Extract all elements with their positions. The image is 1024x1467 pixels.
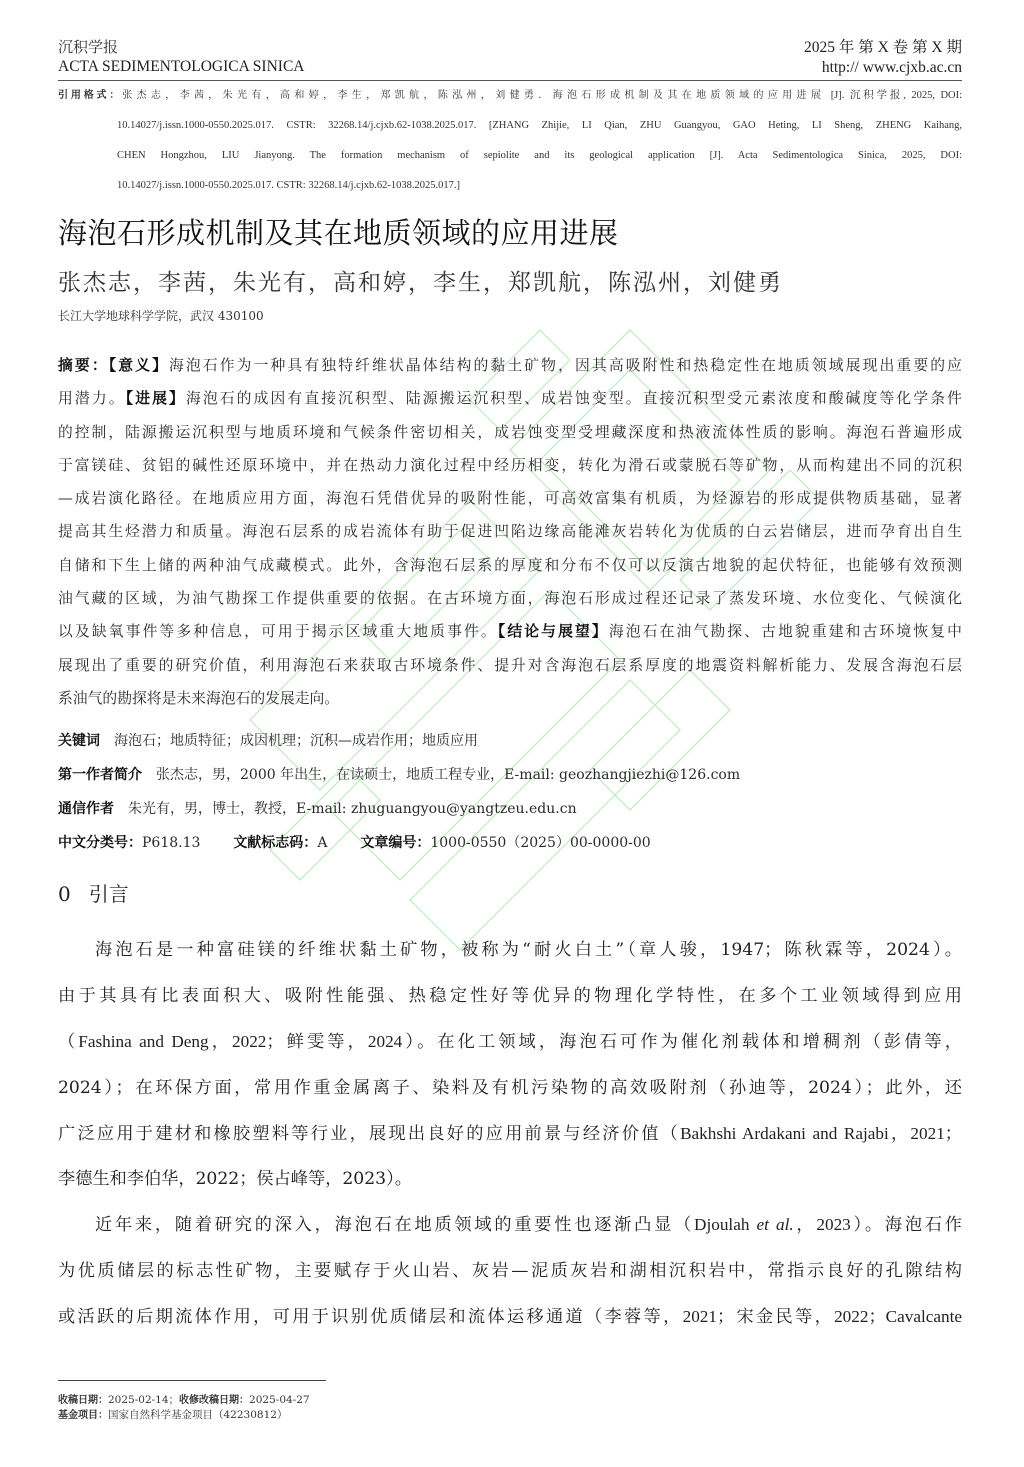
body-line: 由于其具有比表面积大、吸附性能强、热稳定性好等优异的物理化学特性，在多个工业领域… xyxy=(58,983,962,1029)
doc-code-value: A xyxy=(317,835,327,851)
abstract-tag-conclusion: 【结论与展望】 xyxy=(498,623,609,640)
citation-line-4: 10.14027/j.issn.1000-0550.2025.017. CSTR… xyxy=(58,176,962,206)
received-value: 2025-02-14； xyxy=(108,1394,179,1406)
article-no-label: 文章编号： xyxy=(360,835,430,851)
journal-name-cn: 沉积学报 xyxy=(58,38,304,57)
abstract-tag-progress: 【进展】 xyxy=(126,390,186,407)
body-line: 广泛应用于建材和橡胶塑料等行业，展现出良好的应用前景与经济价值（Bakhshi … xyxy=(58,1121,962,1167)
clc-label: 中文分类号： xyxy=(58,835,142,851)
fund-label: 基金项目： xyxy=(58,1410,108,1421)
citation-block: 引用格式：张杰志，李茜，朱光有，高和婷，李生，郑凯航，陈泓州，刘健勇．海泡石形成… xyxy=(58,86,962,206)
author-list: 张杰志，李茜，朱光有，高和婷，李生，郑凯航，陈泓州，刘健勇 xyxy=(58,264,783,297)
article-no-value: 1000-0550（2025）00-0000-00 xyxy=(430,835,650,851)
et-al: et al. xyxy=(757,1215,794,1234)
journal-header-right: 2025 年 第 X 卷 第 X 期 http:// www.cjxb.ac.c… xyxy=(804,38,962,78)
issue-info: 2025 年 第 X 卷 第 X 期 xyxy=(804,38,962,58)
citation-cn: 张杰志，李茜，朱光有，高和婷，李生，郑凯航，陈泓州，刘健勇．海泡石形成机制及其在… xyxy=(122,90,825,101)
abstract: 摘要：【意义】海泡石作为一种具有独特纤维状晶体结构的黏土矿物，因其高吸附性和热稳… xyxy=(58,353,962,719)
first-author-label: 第一作者简介 xyxy=(58,767,142,783)
abstract-line: 以及缺氧事件等多种信息，可用于揭示区域重大地质事件。【结论与展望】海泡石在油气勘… xyxy=(58,619,962,652)
body-line: 近年来，随着研究的深入，海泡石在地质领域的重要性也逐渐凸显（Djoulah et… xyxy=(58,1212,962,1258)
abstract-line: 用潜力。【进展】海泡石的成因有直接沉积型、陆源搬运沉积型、成岩蚀变型。直接沉积型… xyxy=(58,386,962,419)
journal-url[interactable]: http:// www.cjxb.ac.cn xyxy=(804,58,962,78)
journal-name-en: ACTA SEDIMENTOLOGICA SINICA xyxy=(58,57,304,77)
body-line: 海泡石是一种富硅镁的纤维状黏土矿物，被称为“耐火白土”（章人骏，1947；陈秋霖… xyxy=(58,937,962,983)
corresponding-author-label: 通信作者 xyxy=(58,801,114,817)
abstract-label: 摘要： xyxy=(58,357,109,374)
body-line: 李德生和李伯华，2022；侯占峰等，2023）。 xyxy=(58,1166,962,1212)
body-line: 为优质储层的标志性矿物，主要赋存于火山岩、灰岩—泥质灰岩和湖相沉积岩中，常指示良… xyxy=(58,1258,962,1304)
footnote-divider xyxy=(58,1380,326,1381)
revised-label: 收修改稿日期： xyxy=(179,1395,249,1406)
first-author-value: 张杰志，男，2000 年出生，在读硕士，地质工程专业，E-mail: geozh… xyxy=(156,767,740,783)
abstract-line: 提高其生烃潜力和质量。海泡石层系的成岩流体有助于促进凹陷边缘高能滩灰岩转化为优质… xyxy=(58,519,962,552)
clc-value: P618.13 xyxy=(142,835,200,851)
header-divider xyxy=(58,80,962,81)
abstract-line: 系油气的勘探将是未来海泡石的发展走向。 xyxy=(58,686,962,719)
affiliation: 长江大学地球科学学院，武汉 430100 xyxy=(58,307,264,324)
corresponding-author-value: 朱光有，男，博士，教授，E-mail: zhuguangyou@yangtzeu… xyxy=(128,801,577,817)
abstract-line: 自储和下生上储的两种油气成藏模式。此外，含海泡石层系的厚度和分布不仅可以反演古地… xyxy=(58,553,962,586)
introduction-body: 海泡石是一种富硅镁的纤维状黏土矿物，被称为“耐火白土”（章人骏，1947；陈秋霖… xyxy=(58,937,962,1350)
received-label: 收稿日期： xyxy=(58,1395,108,1406)
body-line: 2024）；在环保方面，常用作重金属离子、染料及有机污染物的高效吸附剂（孙迪等，… xyxy=(58,1075,962,1121)
citation-line-2: 10.14027/j.issn.1000-0550.2025.017. CSTR… xyxy=(58,116,962,146)
abstract-tag-significance: 【意义】 xyxy=(109,357,169,374)
classification-info: 中文分类号：P618.13 文献标志码：A 文章编号：1000-0550（202… xyxy=(58,832,651,852)
abstract-line: 的控制，陆源搬运沉积型与地质环境和气候条件密切相关，成岩蚀变型受埋藏深度和热液流… xyxy=(58,420,962,453)
abstract-line: 摘要：【意义】海泡石作为一种具有独特纤维状晶体结构的黏土矿物，因其高吸附性和热稳… xyxy=(58,353,962,386)
keywords: 关键词海泡石；地质特征；成因机理；沉积—成岩作用；地质应用 xyxy=(58,730,478,750)
body-line: （Fashina and Deng，2022；鲜雯等，2024）。在化工领域，海… xyxy=(58,1029,962,1075)
citation-line-1: 引用格式：张杰志，李茜，朱光有，高和婷，李生，郑凯航，陈泓州，刘健勇．海泡石形成… xyxy=(58,86,962,116)
received-dates: 收稿日期：2025-02-14；收修改稿日期：2025-04-27 xyxy=(58,1393,310,1408)
fund-value: 国家自然科学基金项目（42230812） xyxy=(108,1409,287,1421)
footnote: 收稿日期：2025-02-14；收修改稿日期：2025-04-27 基金项目：国… xyxy=(58,1393,310,1423)
section-heading: 0引言 xyxy=(58,878,129,907)
corresponding-author: 通信作者朱光有，男，博士，教授，E-mail: zhuguangyou@yang… xyxy=(58,798,577,818)
abstract-line: —成岩演化路径。在地质应用方面，海泡石凭借优异的吸附性能，可高效富集有机质，为烃… xyxy=(58,486,962,519)
journal-header-left: 沉积学报 ACTA SEDIMENTOLOGICA SINICA xyxy=(58,38,304,77)
article-title: 海泡石形成机制及其在地质领域的应用进展 xyxy=(58,211,619,252)
citation-cn-tail: [J]. 沉积学报, 2025, DOI: xyxy=(831,90,962,101)
keywords-label: 关键词 xyxy=(58,733,100,749)
body-line: 或活跃的后期流体作用，可用于识别优质储层和流体运移通道（李蓉等，2021；宋金民… xyxy=(58,1304,962,1350)
citation-label: 引用格式： xyxy=(58,90,122,101)
section-number: 0 xyxy=(58,882,71,906)
abstract-line: 展现出了重要的研究价值，利用海泡石来获取古环境条件、提升对含海泡石层系厚度的地震… xyxy=(58,653,962,686)
citation-line-3: CHEN Hongzhou, LIU Jianyong. The formati… xyxy=(58,146,962,176)
section-title: 引言 xyxy=(89,882,129,906)
first-author-bio: 第一作者简介张杰志，男，2000 年出生，在读硕士，地质工程专业，E-mail:… xyxy=(58,764,740,784)
revised-value: 2025-04-27 xyxy=(249,1394,310,1406)
abstract-line: 油气藏的区域，为油气勘探工作提供重要的依据。在古环境方面，海泡石形成过程还记录了… xyxy=(58,586,962,619)
keywords-value: 海泡石；地质特征；成因机理；沉积—成岩作用；地质应用 xyxy=(114,733,478,749)
fund-info: 基金项目：国家自然科学基金项目（42230812） xyxy=(58,1408,310,1423)
doc-code-label: 文献标志码： xyxy=(233,835,317,851)
abstract-line: 于富镁硅、贫铝的碱性还原环境中，并在热动力演化过程中经历相变，转化为滑石或蒙脱石… xyxy=(58,453,962,486)
